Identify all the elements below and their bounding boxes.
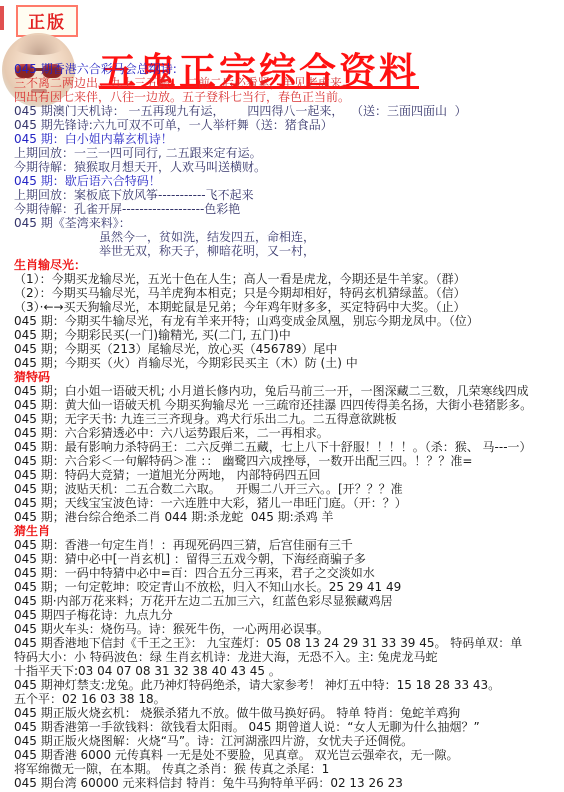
text-line: 今期待解：猿猴取月想天开，人欢马叫送横财。 (14, 160, 562, 174)
text-line: 今期待解：孔雀开屏-------------------色彩艳 (14, 202, 562, 216)
section-heading: 猜特码 (14, 370, 562, 384)
authentic-badge-label: 正版 (28, 13, 66, 33)
text-line: 045 期；波贴天机：二五合数二六取。 开赐二八开三六。。[开？？？准 (14, 482, 562, 496)
text-line: 上期回放：一三一四可同行, 二五跟来定有运。 (14, 146, 562, 160)
text-line: 将军绵微无一隙，在本期。 传真之杀肖：猴 传真之杀尾：1 (14, 762, 562, 776)
text-line: 045 期：特码大竞猜；一道旭光分两地， 内部特码四五回 (14, 468, 562, 482)
section-heading: 猜生肖 (14, 524, 562, 538)
text-line: 045 期香港六合彩马会总纲诗: (14, 62, 562, 76)
text-line: 045 期；今期买（213）尾输尽光，放心买（456789）尾中 (14, 342, 562, 356)
text-line: （3）·←→买天狗输尽光，本期蛇鼠是兄弟；今年鸡年财多多，买定特码中大奖。（止） (14, 300, 562, 314)
text-line: 045 期；白小姐一语破天机; 小月道长修内功，兔后马前三一开，一图深藏二三数，… (14, 384, 562, 398)
text-line: 045 期；今期彩民买(一门)输精光, 买(二门, 五门)中 (14, 328, 562, 342)
text-line: 045 期：歇后语六合特码！ (14, 174, 562, 188)
text-line: （2）：今期买马输尽光，马羊虎狗本相克；只是今期却相好，特码玄机猜绿蓝。（信） (14, 286, 562, 300)
text-line: 045 期香港第一手欲钱料：欲钱看太阳雨。 045 期曾道人说：“女人无聊为什么… (14, 720, 562, 734)
text-line: 045 期：香港一句定生肖！：再现死码四三猜，后宫佳丽有三千 (14, 538, 562, 552)
section-heading: 生肖输尽光： (14, 258, 562, 272)
text-line: 045 期神灯禁支:龙兔。此乃神灯特码绝杀，请大家参考！ 神灯五中特：15 18… (14, 678, 562, 692)
text-line: 045 期《荃湾来料》： (14, 216, 562, 230)
text-line: 045 期；无字天书: 九连三三齐现身。鸡犬行乐出二九。二五得意欲跳板 (14, 412, 562, 426)
text-line: 045 期正版火烧玄机： 烧猴杀猪九不放。做牛做马换好码。 特单 特肖：兔蛇羊鸡… (14, 706, 562, 720)
text-line: 045 期澳门天机诗： 一五再现九有运， 四四得八一起来， （送：三面四面山 ） (14, 104, 562, 118)
text-line: 045 期：六合彩＜一句解特码＞准 ：： 幽鹭四六成挫辱，一数开出配三四。！？？… (14, 454, 562, 468)
text-line: 特码大小：小 特码波色：绿 生肖玄机诗：龙进大海，无恐不入。主: 兔虎龙马蛇 (14, 650, 562, 664)
text-line: 045 期正版火烧图解：火烧“马”。诗：江河湖涨四片游，女忧夫子还倜傥。 (14, 734, 562, 748)
text-line: 045 期；今期买（火）肖输尽光，今期彩民买主（木）防 (土) 中 (14, 356, 562, 370)
text-line: 045 期：一码中特猜中必中=百：四合五分三再来，君子之交淡如水 (14, 566, 562, 580)
text-line: 045 期：今期买牛输尽光，有龙有羊来开特；山鸡变成金凤凰，别忘今期龙凤中。（位… (14, 314, 562, 328)
text-line: 045 期火车头：烧伤马。诗：猴死牛伤，一心两用必误事。 (14, 622, 562, 636)
text-line: 三不离二两边出。九上三五跟。 二前二后必看紧，羊见老虎来。 (14, 76, 562, 90)
lottery-tip-sheet-page: 正版 五鬼正宗综合资料 045 期香港六合彩马会总纲诗:三不离二两边出。九上三五… (0, 0, 564, 792)
text-line: 045 期四子梅花诗：九点九分 (14, 608, 562, 622)
avatar-hair (12, 35, 66, 55)
text-line: 045 期先锋诗:六九可双不可单，一人举杆舞（送：猪食品） (14, 118, 562, 132)
authentic-badge: 正版 (16, 5, 78, 37)
text-line: 五个平：02 16 03 38 18。 (14, 692, 562, 706)
text-line: 045 期：白小姐内幕玄机诗！ (14, 132, 562, 146)
text-line: 四出有因七来伴，八往一边放。五子登科七当行，春色正当前。 (14, 90, 562, 104)
text-line: 045 期台湾 60000 元来料信封 特肖：兔牛马狗特单平码：02 13 26… (14, 776, 562, 790)
text-line: 045 期：六合彩猜透必中：六八运势跟后来，二一再相求。 (14, 426, 562, 440)
text-line: 045 期：猜中必中[一肖玄机] ：留得三五戏今朝，下海经商骗子多 (14, 552, 562, 566)
text-line: 045 期；一句定乾坤：咬定青山不放松，归入不知山水长。25 29 41 49 (14, 580, 562, 594)
text-line: 045 期香港 6000 元传真料 一无是处不要脸，见真章。 双光岂云强牵衣，无… (14, 748, 562, 762)
text-line: 045 期：最有影响力杀特码王：二六反弹二五藏，七上八下十舒服！！！！。（杀：猴… (14, 440, 562, 454)
text-line: （1）：今期买龙输尽光，五光十色在人生；高人一看是虎龙，今期还是牛羊家。（群） (14, 272, 562, 286)
text-line: 虽然今一，贫如洗，结发四五，命相连， (14, 230, 562, 244)
text-line: 045 期香港地下信封《千王之王》： 九宝莲灯：05 08 13 24 29 3… (14, 636, 562, 650)
text-line: 上期回放：案板底下放风筝-----------飞不起来 (14, 188, 562, 202)
text-line: 045 期；天线宝宝波色诗：一六连胜中大彩，猪儿一串旺门庭。（开：？） (14, 496, 562, 510)
text-lines: 045 期香港六合彩马会总纲诗:三不离二两边出。九上三五跟。 二前二后必看紧，羊… (14, 62, 562, 792)
text-line: 045 期；港台综合绝杀二肖 044 期:杀龙蛇 045 期:杀鸡 羊 (14, 510, 562, 524)
text-line: 举世无双，称天子，柳暗花明，又一村， (14, 244, 562, 258)
text-line: 045 期·内部万花来料；万花开左边二五加三六，红蓝色彩尽显猴藏鸡居 (14, 594, 562, 608)
text-line: 十指平天下:03 04 07 08 31 32 38 40 43 45 。 (14, 664, 562, 678)
edge-red-strip (0, 6, 4, 30)
text-line: 045 期：黄大仙一语破天机 今期买狗输尽光 一三疏帘还挂瀑 四四传得美名扬，大… (14, 398, 562, 412)
